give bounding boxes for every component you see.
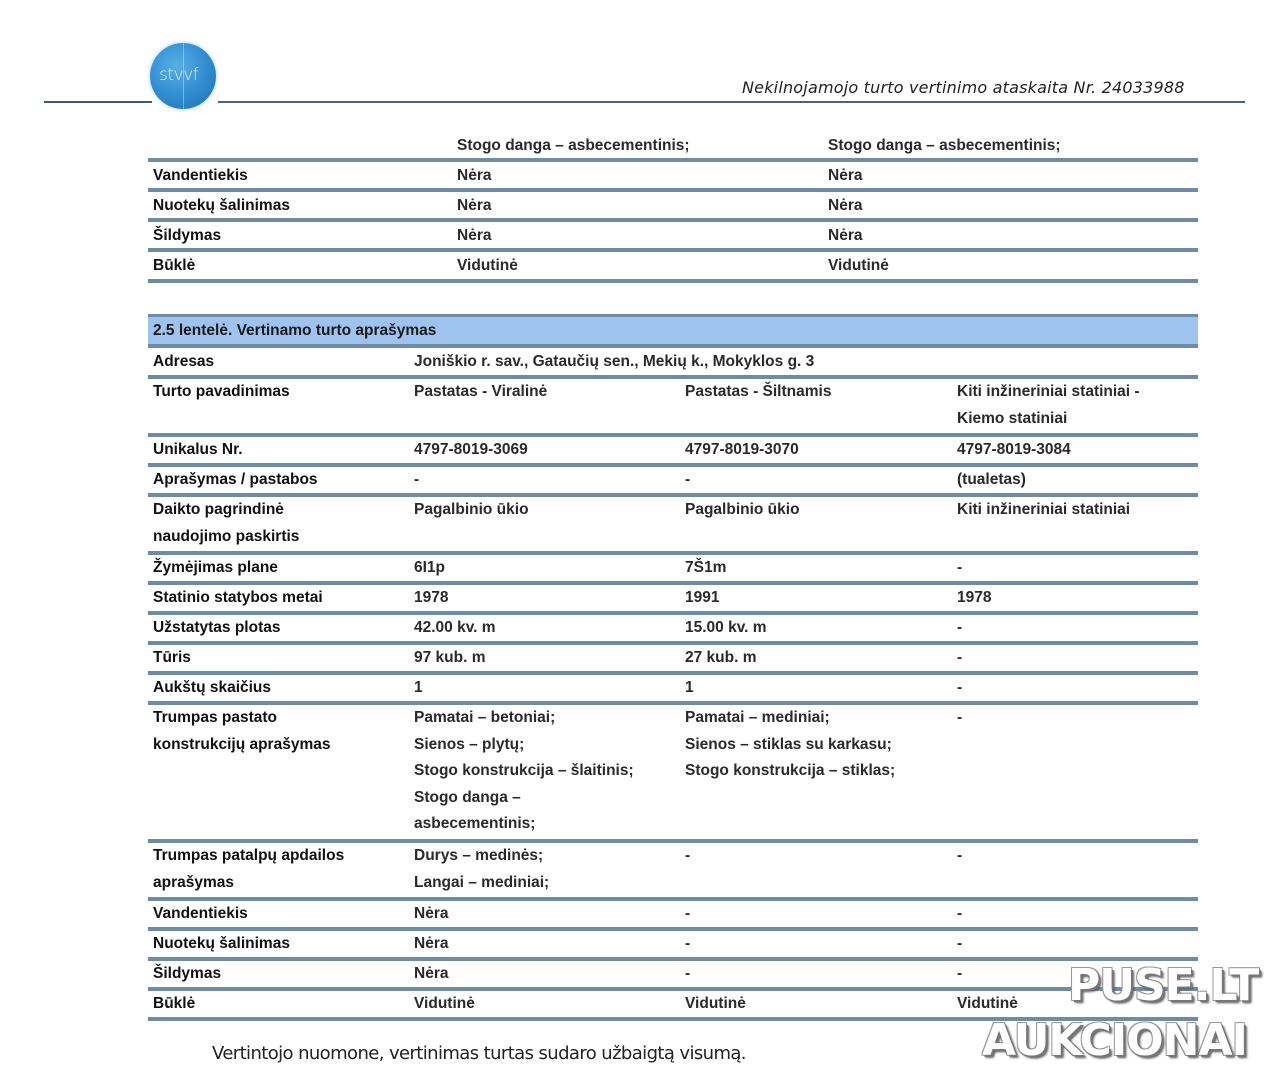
- row-value-line: -: [685, 901, 690, 928]
- table-row: Nuotekų šalinimasNėraNėra: [148, 192, 1198, 222]
- row-label: Aukštų skaičius: [153, 675, 271, 702]
- row-label: Šildymas: [153, 222, 221, 249]
- watermark-line1: PUSE.LT: [1068, 960, 1258, 1011]
- row-value-line: -: [685, 843, 690, 870]
- table-row: Unikalus Nr.4797-8019-30694797-8019-3070…: [148, 437, 1198, 467]
- row-value: 42.00 kv. m: [414, 615, 496, 642]
- row-label: Žymėjimas plane: [153, 555, 278, 582]
- row-value: -: [957, 645, 962, 672]
- table-caption-row: 2.5 lentelė. Vertinamo turto aprašymas: [148, 314, 1198, 348]
- row-value: -: [957, 675, 962, 702]
- row-value: 1: [414, 675, 423, 702]
- row-value: Stogo danga – asbecementinis;: [457, 132, 690, 159]
- row-value-line: Nėra: [414, 901, 448, 928]
- row-value-line: Durys – medinės;: [414, 843, 549, 870]
- row-value-line: Vidutinė: [957, 991, 1018, 1018]
- row-value: -: [957, 901, 962, 928]
- row-value-line: 1978: [957, 585, 991, 612]
- table-row: Stogo danga – asbecementinis;Stogo danga…: [148, 132, 1198, 162]
- header-rule-left: [44, 101, 152, 103]
- row-value-line: Nėra: [414, 961, 448, 988]
- row-value: Kiti inžineriniai statiniai -Kiemo stati…: [957, 379, 1140, 432]
- row-value-line: Sienos – plytų;: [414, 732, 634, 759]
- row-value: Pastatas - Viralinė: [414, 379, 547, 406]
- row-value: -: [685, 931, 690, 958]
- row-value: -: [957, 615, 962, 642]
- table-caption: 2.5 lentelė. Vertinamo turto aprašymas: [153, 317, 436, 344]
- row-value-line: -: [957, 615, 962, 642]
- table-row-address: Adresas Joniškio r. sav., Gataučių sen.,…: [148, 348, 1198, 379]
- table-row: Trumpas pastatokonstrukcijų aprašymasPam…: [148, 705, 1198, 843]
- row-label-line: Šildymas: [153, 961, 221, 988]
- row-value: -: [957, 931, 962, 958]
- row-label-line: Nuotekų šalinimas: [153, 931, 290, 958]
- row-value: Vidutinė: [828, 252, 889, 279]
- row-value: -: [685, 901, 690, 928]
- row-value-line: Kiemo statiniai: [957, 406, 1140, 433]
- row-value-line: Vidutinė: [685, 991, 746, 1018]
- row-value-line: Kiti inžineriniai statiniai -: [957, 379, 1140, 406]
- row-value: -: [957, 705, 962, 732]
- row-label: Vandentiekis: [153, 162, 248, 189]
- row-value-line: -: [685, 467, 690, 494]
- row-value-line: -: [957, 645, 962, 672]
- row-value-line: -: [957, 843, 962, 870]
- row-value-line: Stogo danga –: [414, 785, 634, 812]
- row-value: Pamatai – betoniai;Sienos – plytų;Stogo …: [414, 705, 634, 838]
- row-value: 6I1p: [414, 555, 445, 582]
- row-value: Vidutinė: [457, 252, 518, 279]
- row-value: -: [685, 467, 690, 494]
- logo-text: stvvf: [159, 65, 198, 85]
- row-label-line: Žymėjimas plane: [153, 555, 278, 582]
- row-value-line: (tualetas): [957, 467, 1026, 494]
- row-value-line: 6I1p: [414, 555, 445, 582]
- row-label: Tūris: [153, 645, 191, 672]
- row-value-line: 1978: [414, 585, 448, 612]
- report-title: Nekilnojamojo turto vertinimo ataskaita …: [742, 78, 1185, 97]
- continued-table: Stogo danga – asbecementinis;Stogo danga…: [148, 132, 1198, 283]
- row-value: Nėra: [828, 162, 862, 189]
- table-row: Turto pavadinimasPastatas - ViralinėPast…: [148, 379, 1198, 437]
- row-label-line: Vandentiekis: [153, 901, 248, 928]
- watermark-line2: AUKCIONAI: [982, 1015, 1247, 1066]
- row-label-line: naudojimo paskirtis: [153, 524, 299, 551]
- row-value-line: asbecementinis;: [414, 811, 634, 838]
- row-label: Nuotekų šalinimas: [153, 931, 290, 958]
- table-row: Tūris97 kub. m27 kub. m-: [148, 645, 1198, 675]
- row-value: Pagalbinio ūkio: [685, 497, 800, 524]
- row-label: Trumpas patalpų apdailosaprašymas: [153, 843, 344, 896]
- row-value: Pamatai – mediniai;Sienos – stiklas su k…: [685, 705, 895, 785]
- row-value: 1978: [957, 585, 991, 612]
- row-value-line: -: [685, 961, 690, 988]
- row-value-line: 4797-8019-3070: [685, 437, 799, 464]
- property-description-table: 2.5 lentelė. Vertinamo turto aprašymas A…: [148, 314, 1198, 1021]
- row-value: Vidutinė: [685, 991, 746, 1018]
- row-value-line: Langai – mediniai;: [414, 870, 549, 897]
- row-value: Nėra: [828, 192, 862, 219]
- row-value: 4797-8019-3084: [957, 437, 1071, 464]
- row-value-line: 4797-8019-3084: [957, 437, 1071, 464]
- row-label-line: Unikalus Nr.: [153, 437, 243, 464]
- row-value: 7Š1m: [685, 555, 726, 582]
- row-value: 1978: [414, 585, 448, 612]
- row-label: Būklė: [153, 991, 195, 1018]
- row-value-line: -: [685, 931, 690, 958]
- row-value-line: 27 kub. m: [685, 645, 757, 672]
- row-value-line: -: [957, 555, 962, 582]
- row-label-line: Tūris: [153, 645, 191, 672]
- row-value: -: [957, 843, 962, 870]
- row-value-line: 1991: [685, 585, 719, 612]
- row-value: Pagalbinio ūkio: [414, 497, 529, 524]
- table-row: Užstatytas plotas42.00 kv. m15.00 kv. m-: [148, 615, 1198, 645]
- row-value-line: 7Š1m: [685, 555, 726, 582]
- row-label: Turto pavadinimas: [153, 379, 290, 406]
- row-value: -: [685, 961, 690, 988]
- table-row: Trumpas patalpų apdailosaprašymasDurys –…: [148, 843, 1198, 901]
- table-row: ŠildymasNėra--: [148, 961, 1198, 991]
- row-value-line: 97 kub. m: [414, 645, 486, 672]
- table-row: Statinio statybos metai197819911978: [148, 585, 1198, 615]
- row-value-line: Sienos – stiklas su karkasu;: [685, 732, 895, 759]
- row-value-line: Pastatas - Šiltnamis: [685, 379, 831, 406]
- row-label-line: Daikto pagrindinė: [153, 497, 299, 524]
- row-label-line: Statinio statybos metai: [153, 585, 323, 612]
- row-value-line: -: [957, 675, 962, 702]
- row-label: Nuotekų šalinimas: [153, 192, 290, 219]
- row-value: -: [957, 961, 962, 988]
- row-value-line: Stogo konstrukcija – šlaitinis;: [414, 758, 634, 785]
- row-value-line: Nėra: [414, 931, 448, 958]
- row-value-line: 15.00 kv. m: [685, 615, 767, 642]
- row-value: Kiti inžineriniai statiniai: [957, 497, 1130, 524]
- row-label: Daikto pagrindinėnaudojimo paskirtis: [153, 497, 299, 550]
- row-value: (tualetas): [957, 467, 1026, 494]
- row-value: 1: [685, 675, 694, 702]
- row-value: Durys – medinės;Langai – mediniai;: [414, 843, 549, 896]
- company-logo: stvvf: [150, 43, 216, 109]
- row-value: Nėra: [414, 931, 448, 958]
- row-value-line: 1: [414, 675, 423, 702]
- row-value: Vidutinė: [414, 991, 475, 1018]
- row-label: Užstatytas plotas: [153, 615, 280, 642]
- row-value-line: Pagalbinio ūkio: [414, 497, 529, 524]
- row-value-line: Kiti inžineriniai statiniai: [957, 497, 1130, 524]
- row-value: 27 kub. m: [685, 645, 757, 672]
- row-label: Statinio statybos metai: [153, 585, 323, 612]
- row-value: -: [414, 467, 419, 494]
- row-value-line: -: [957, 705, 962, 732]
- row-label: Aprašymas / pastabos: [153, 467, 318, 494]
- row-value: Nėra: [414, 901, 448, 928]
- row-label-line: Užstatytas plotas: [153, 615, 280, 642]
- row-label-line: Būklė: [153, 991, 195, 1018]
- row-value: -: [685, 843, 690, 870]
- row-value: Nėra: [457, 192, 491, 219]
- row-label: Būklė: [153, 252, 195, 279]
- row-value: 4797-8019-3069: [414, 437, 528, 464]
- row-value: Vidutinė: [957, 991, 1018, 1018]
- row-value-line: -: [957, 931, 962, 958]
- row-value: 97 kub. m: [414, 645, 486, 672]
- row-value: Nėra: [457, 222, 491, 249]
- row-label-line: aprašymas: [153, 870, 344, 897]
- row-value: Stogo danga – asbecementinis;: [828, 132, 1061, 159]
- table-row: VandentiekisNėraNėra: [148, 162, 1198, 192]
- row-label: Unikalus Nr.: [153, 437, 243, 464]
- row-label-line: Aprašymas / pastabos: [153, 467, 318, 494]
- address-value: Joniškio r. sav., Gataučių sen., Mekių k…: [414, 348, 814, 375]
- table-row: Daikto pagrindinėnaudojimo paskirtisPaga…: [148, 497, 1198, 555]
- row-value: 4797-8019-3070: [685, 437, 799, 464]
- table-row: Aukštų skaičius11-: [148, 675, 1198, 705]
- row-value: 1991: [685, 585, 719, 612]
- row-label-line: Trumpas patalpų apdailos: [153, 843, 344, 870]
- table-row: BūklėVidutinėVidutinė: [148, 252, 1198, 283]
- valuer-note: Vertintojo nuomone, vertinimas turtas su…: [212, 1043, 746, 1064]
- row-value-line: -: [414, 467, 419, 494]
- row-value-line: -: [957, 901, 962, 928]
- row-label: Vandentiekis: [153, 901, 248, 928]
- header-rule-right: [218, 101, 1245, 103]
- row-value-line: Pastatas - Viralinė: [414, 379, 547, 406]
- row-value: 15.00 kv. m: [685, 615, 767, 642]
- row-label-line: Aukštų skaičius: [153, 675, 271, 702]
- row-label-line: konstrukcijų aprašymas: [153, 732, 330, 759]
- row-value-line: 1: [685, 675, 694, 702]
- table-row: VandentiekisNėra--: [148, 901, 1198, 931]
- table-row: Nuotekų šalinimasNėra--: [148, 931, 1198, 961]
- row-value: Pastatas - Šiltnamis: [685, 379, 831, 406]
- row-value-line: 42.00 kv. m: [414, 615, 496, 642]
- row-value: Nėra: [828, 222, 862, 249]
- row-value: Nėra: [457, 162, 491, 189]
- table-row: ŠildymasNėraNėra: [148, 222, 1198, 252]
- row-value-line: -: [957, 961, 962, 988]
- row-label: Adresas: [153, 348, 214, 375]
- row-label-line: Trumpas pastato: [153, 705, 330, 732]
- row-value: Nėra: [414, 961, 448, 988]
- row-value-line: Pamatai – mediniai;: [685, 705, 895, 732]
- row-label: Šildymas: [153, 961, 221, 988]
- table-row: Aprašymas / pastabos--(tualetas): [148, 467, 1198, 497]
- row-label-line: Turto pavadinimas: [153, 379, 290, 406]
- row-value-line: Pamatai – betoniai;: [414, 705, 634, 732]
- row-value-line: Vidutinė: [414, 991, 475, 1018]
- row-label: Trumpas pastatokonstrukcijų aprašymas: [153, 705, 330, 758]
- row-value-line: Pagalbinio ūkio: [685, 497, 800, 524]
- row-value: -: [957, 555, 962, 582]
- row-value-line: 4797-8019-3069: [414, 437, 528, 464]
- table-row: Žymėjimas plane6I1p7Š1m-: [148, 555, 1198, 585]
- row-value-line: Stogo konstrukcija – stiklas;: [685, 758, 895, 785]
